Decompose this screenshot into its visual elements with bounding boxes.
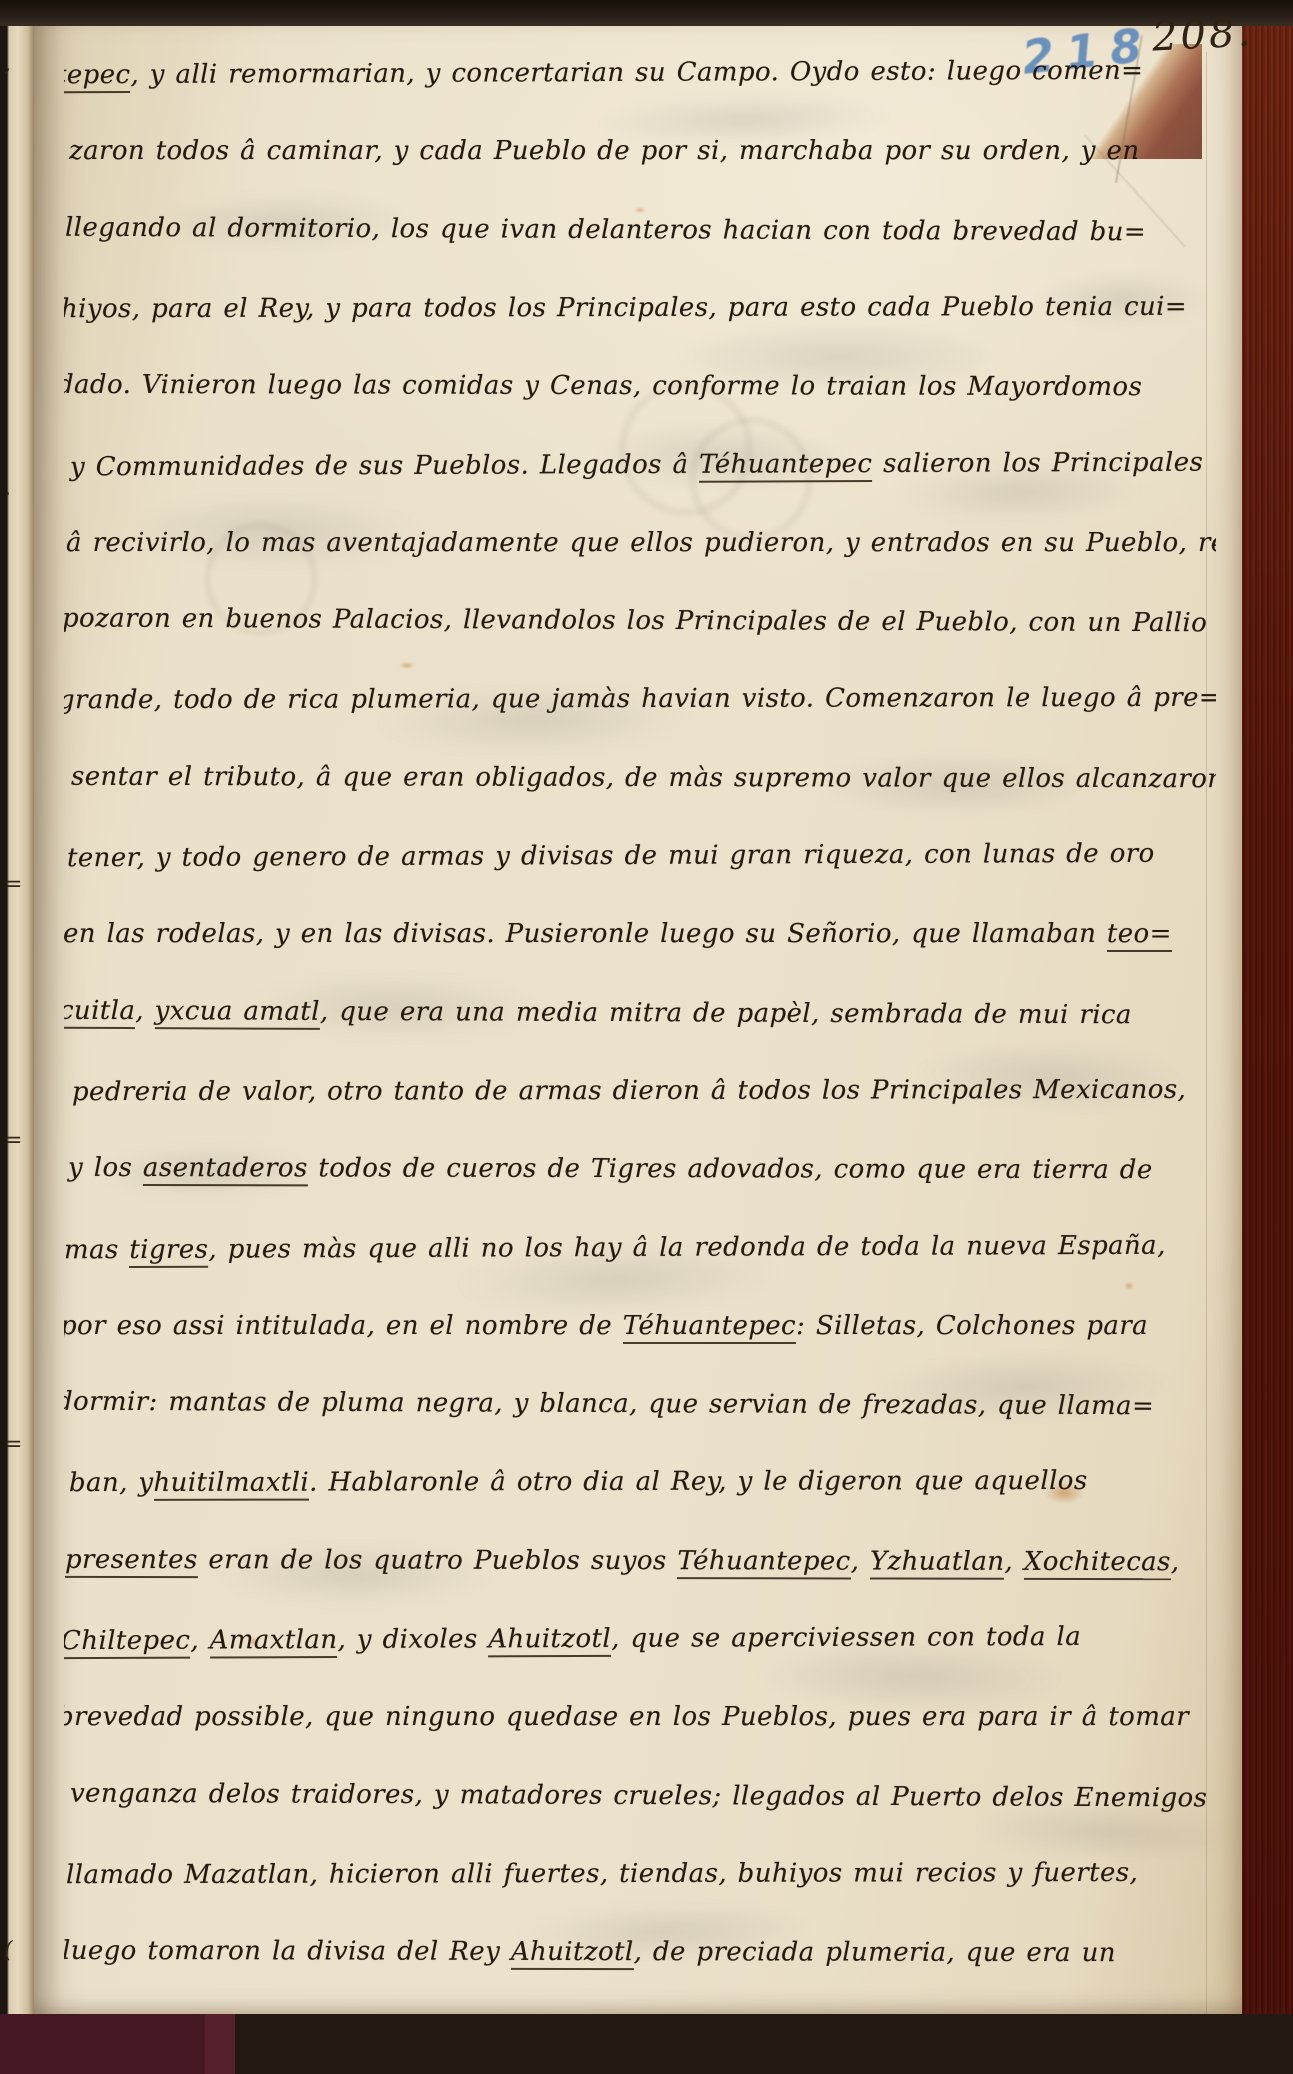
manuscript-line: llegando al dormitorio, los que ivan del… bbox=[65, 210, 1146, 249]
underlined-text: yxcua amatl bbox=[155, 996, 320, 1030]
manuscript-line: por eso assi intitulada, en el nombre de… bbox=[64, 1309, 1148, 1343]
text-segment: , bbox=[1171, 1547, 1180, 1577]
text-segment: . Hablaronle â otro dia al Rey, y le dig… bbox=[309, 1466, 1088, 1498]
text-segment: mas bbox=[64, 1235, 129, 1265]
manuscript-line: zaron todos â caminar, y cada Pueblo de … bbox=[69, 134, 1139, 168]
manuscript-line: tener, y todo genero de armas y divisas … bbox=[67, 837, 1155, 876]
text-segment: : Silletas, Colchones para bbox=[796, 1311, 1148, 1341]
underlined-text: teo= bbox=[1107, 919, 1172, 952]
book-fore-edge bbox=[1241, 0, 1293, 2074]
text-segment: dormir: mantas de pluma negra, y blanca,… bbox=[64, 1387, 1154, 1422]
text-segment: , y alli remormarian, y concertarian su … bbox=[130, 56, 1143, 90]
manuscript-line: dormir: mantas de pluma negra, y blanca,… bbox=[64, 1385, 1154, 1424]
text-segment: , pues màs que alli no los hay â la redo… bbox=[208, 1230, 1165, 1264]
manuscript-scan: 218 208. tepec, y alli remormarian, y co… bbox=[0, 0, 1293, 2074]
manuscript-line: brevedad possible, que ninguno quedase e… bbox=[64, 1700, 1189, 1734]
text-segment: venganza delos traidores, y matadores cr… bbox=[70, 1778, 1207, 1813]
text-segment: en las rodelas, y en las divisas. Pusier… bbox=[64, 919, 1107, 949]
text-segment: , y dixoles bbox=[337, 1624, 488, 1655]
text-segment: dado. Vinieron luego las comidas y Cenas… bbox=[64, 370, 1142, 402]
underlined-text: Chiltepec bbox=[64, 1626, 190, 1660]
underlined-text: huitilmaxtli bbox=[153, 1468, 309, 1501]
gutter-text-fragment: = bbox=[4, 872, 22, 897]
text-segment: por eso assi intitulada, en el nombre de bbox=[64, 1311, 623, 1341]
manuscript-line: luego tomaron la divisa del Rey Ahuitzot… bbox=[64, 1934, 1116, 1970]
manuscript-line: tepec, y alli remormarian, y concertaria… bbox=[64, 56, 1143, 92]
underlined-text: asentaderos bbox=[143, 1153, 308, 1186]
manuscript-line: cuitla, yxcua amatl, que era una media m… bbox=[64, 993, 1132, 1031]
binding-bottom-edge bbox=[0, 2014, 1293, 2074]
text-segment: , que era una media mitra de papèl, semb… bbox=[320, 996, 1132, 1029]
manuscript-lines: tepec, y alli remormarian, y concertaria… bbox=[64, 56, 1216, 2016]
folio-number-ink: 208. bbox=[1151, 9, 1254, 60]
manuscript-line: dado. Vinieron luego las comidas y Cenas… bbox=[64, 368, 1142, 404]
text-segment: pedreria de valor, otro tanto de armas d… bbox=[72, 1075, 1186, 1107]
text-segment: , bbox=[851, 1546, 870, 1576]
text-segment: pozaron en buenos Palacios, llevandolos … bbox=[64, 604, 1216, 639]
underlined-text: Téhuantepec bbox=[699, 449, 872, 483]
manuscript-line: en las rodelas, y en las divisas. Pusier… bbox=[64, 917, 1172, 951]
manuscript-line: pedreria de valor, otro tanto de armas d… bbox=[72, 1073, 1186, 1109]
underlined-text: Xochitecas bbox=[1024, 1547, 1171, 1580]
underlined-text: Yzhuatlan bbox=[870, 1546, 1005, 1579]
underlined-text: cuitla bbox=[64, 995, 135, 1028]
text-segment: â recivirlo, lo mas aventajadamente que … bbox=[66, 528, 1216, 558]
text-segment: , bbox=[190, 1626, 209, 1656]
manuscript-line: ban, yhuitilmaxtli. Hablaronle â otro di… bbox=[69, 1464, 1088, 1500]
text-segment: y Communidades de sus Pueblos. Llegados … bbox=[70, 449, 699, 482]
text-segment: grande, todo de rica plumeria, que jamàs… bbox=[64, 683, 1216, 715]
gutter-text-fragment: = bbox=[4, 1128, 22, 1153]
text-segment: y los bbox=[68, 1153, 143, 1183]
manuscript-line: â recivirlo, lo mas aventajadamente que … bbox=[66, 526, 1216, 560]
underlined-text: tigres bbox=[129, 1234, 208, 1267]
gutter-text-fragment: ( bbox=[4, 1938, 13, 1963]
manuscript-line: y los asentaderos todos de cueros de Tig… bbox=[68, 1151, 1153, 1187]
text-segment: brevedad possible, que ninguno quedase e… bbox=[64, 1702, 1189, 1732]
manuscript-line: llamado Mazatlan, hicieron alli fuertes,… bbox=[66, 1856, 1138, 1892]
text-segment: luego tomaron la divisa del Rey bbox=[64, 1936, 511, 1967]
gutter-text-fragment: , bbox=[4, 52, 11, 77]
gutter-text-fragment: = bbox=[4, 1432, 22, 1457]
underlined-text: Téhuantepec bbox=[623, 1311, 796, 1344]
manuscript-line: presentes eran de los quatro Pueblos suy… bbox=[65, 1543, 1180, 1579]
text-segment: todos de cueros de Tigres adovados, como… bbox=[308, 1154, 1153, 1186]
manuscript-line: mas tigres, pues màs que alli no los hay… bbox=[64, 1228, 1166, 1267]
underlined-text: Ahuitzotl bbox=[488, 1624, 611, 1658]
underlined-text: Amaxtlan bbox=[210, 1625, 338, 1659]
text-segment: llegando al dormitorio, los que ivan del… bbox=[65, 212, 1146, 247]
text-segment: salieron los Principales bbox=[872, 447, 1203, 478]
text-segment: ban, y bbox=[69, 1468, 154, 1498]
text-segment: , que se aperciviessen con toda la bbox=[611, 1622, 1081, 1654]
text-segment: , bbox=[1004, 1546, 1023, 1576]
text-segment: hiyos, para el Rey, y para todos los Pri… bbox=[64, 292, 1187, 324]
underlined-text: Téhuantepec bbox=[677, 1546, 850, 1579]
text-segment: sentar el tributo, â que eran obligados,… bbox=[71, 761, 1216, 793]
text-segment: eran de los quatro Pueblos suyos bbox=[198, 1545, 678, 1576]
manuscript-line: sentar el tributo, â que eran obligados,… bbox=[71, 759, 1216, 795]
underlined-text: Ahuitzotl bbox=[511, 1937, 634, 1970]
text-segment: , de preciada plumeria, que era un bbox=[634, 1937, 1116, 1968]
underlined-text: presentes bbox=[65, 1545, 198, 1578]
facing-page-edge bbox=[0, 20, 36, 2016]
text-segment: llamado Mazatlan, hicieron alli fuertes,… bbox=[66, 1858, 1138, 1890]
manuscript-line: hiyos, para el Rey, y para todos los Pri… bbox=[64, 290, 1187, 326]
text-segment: , bbox=[135, 996, 154, 1026]
manuscript-line: venganza delos traidores, y matadores cr… bbox=[70, 1776, 1207, 1815]
manuscript-line: y Communidades de sus Pueblos. Llegados … bbox=[70, 445, 1203, 484]
text-segment: zaron todos â caminar, y cada Pueblo de … bbox=[69, 136, 1139, 166]
manuscript-line: grande, todo de rica plumeria, que jamàs… bbox=[64, 681, 1216, 717]
manuscript-line: Chiltepec, Amaxtlan, y dixoles Ahuitzotl… bbox=[64, 1620, 1081, 1658]
gutter-text-fragment: . bbox=[4, 476, 11, 501]
manuscript-line: pozaron en buenos Palacios, llevandolos … bbox=[64, 602, 1216, 641]
underlined-text: tepec bbox=[64, 60, 131, 93]
text-segment: tener, y todo genero de armas y divisas … bbox=[67, 839, 1155, 874]
